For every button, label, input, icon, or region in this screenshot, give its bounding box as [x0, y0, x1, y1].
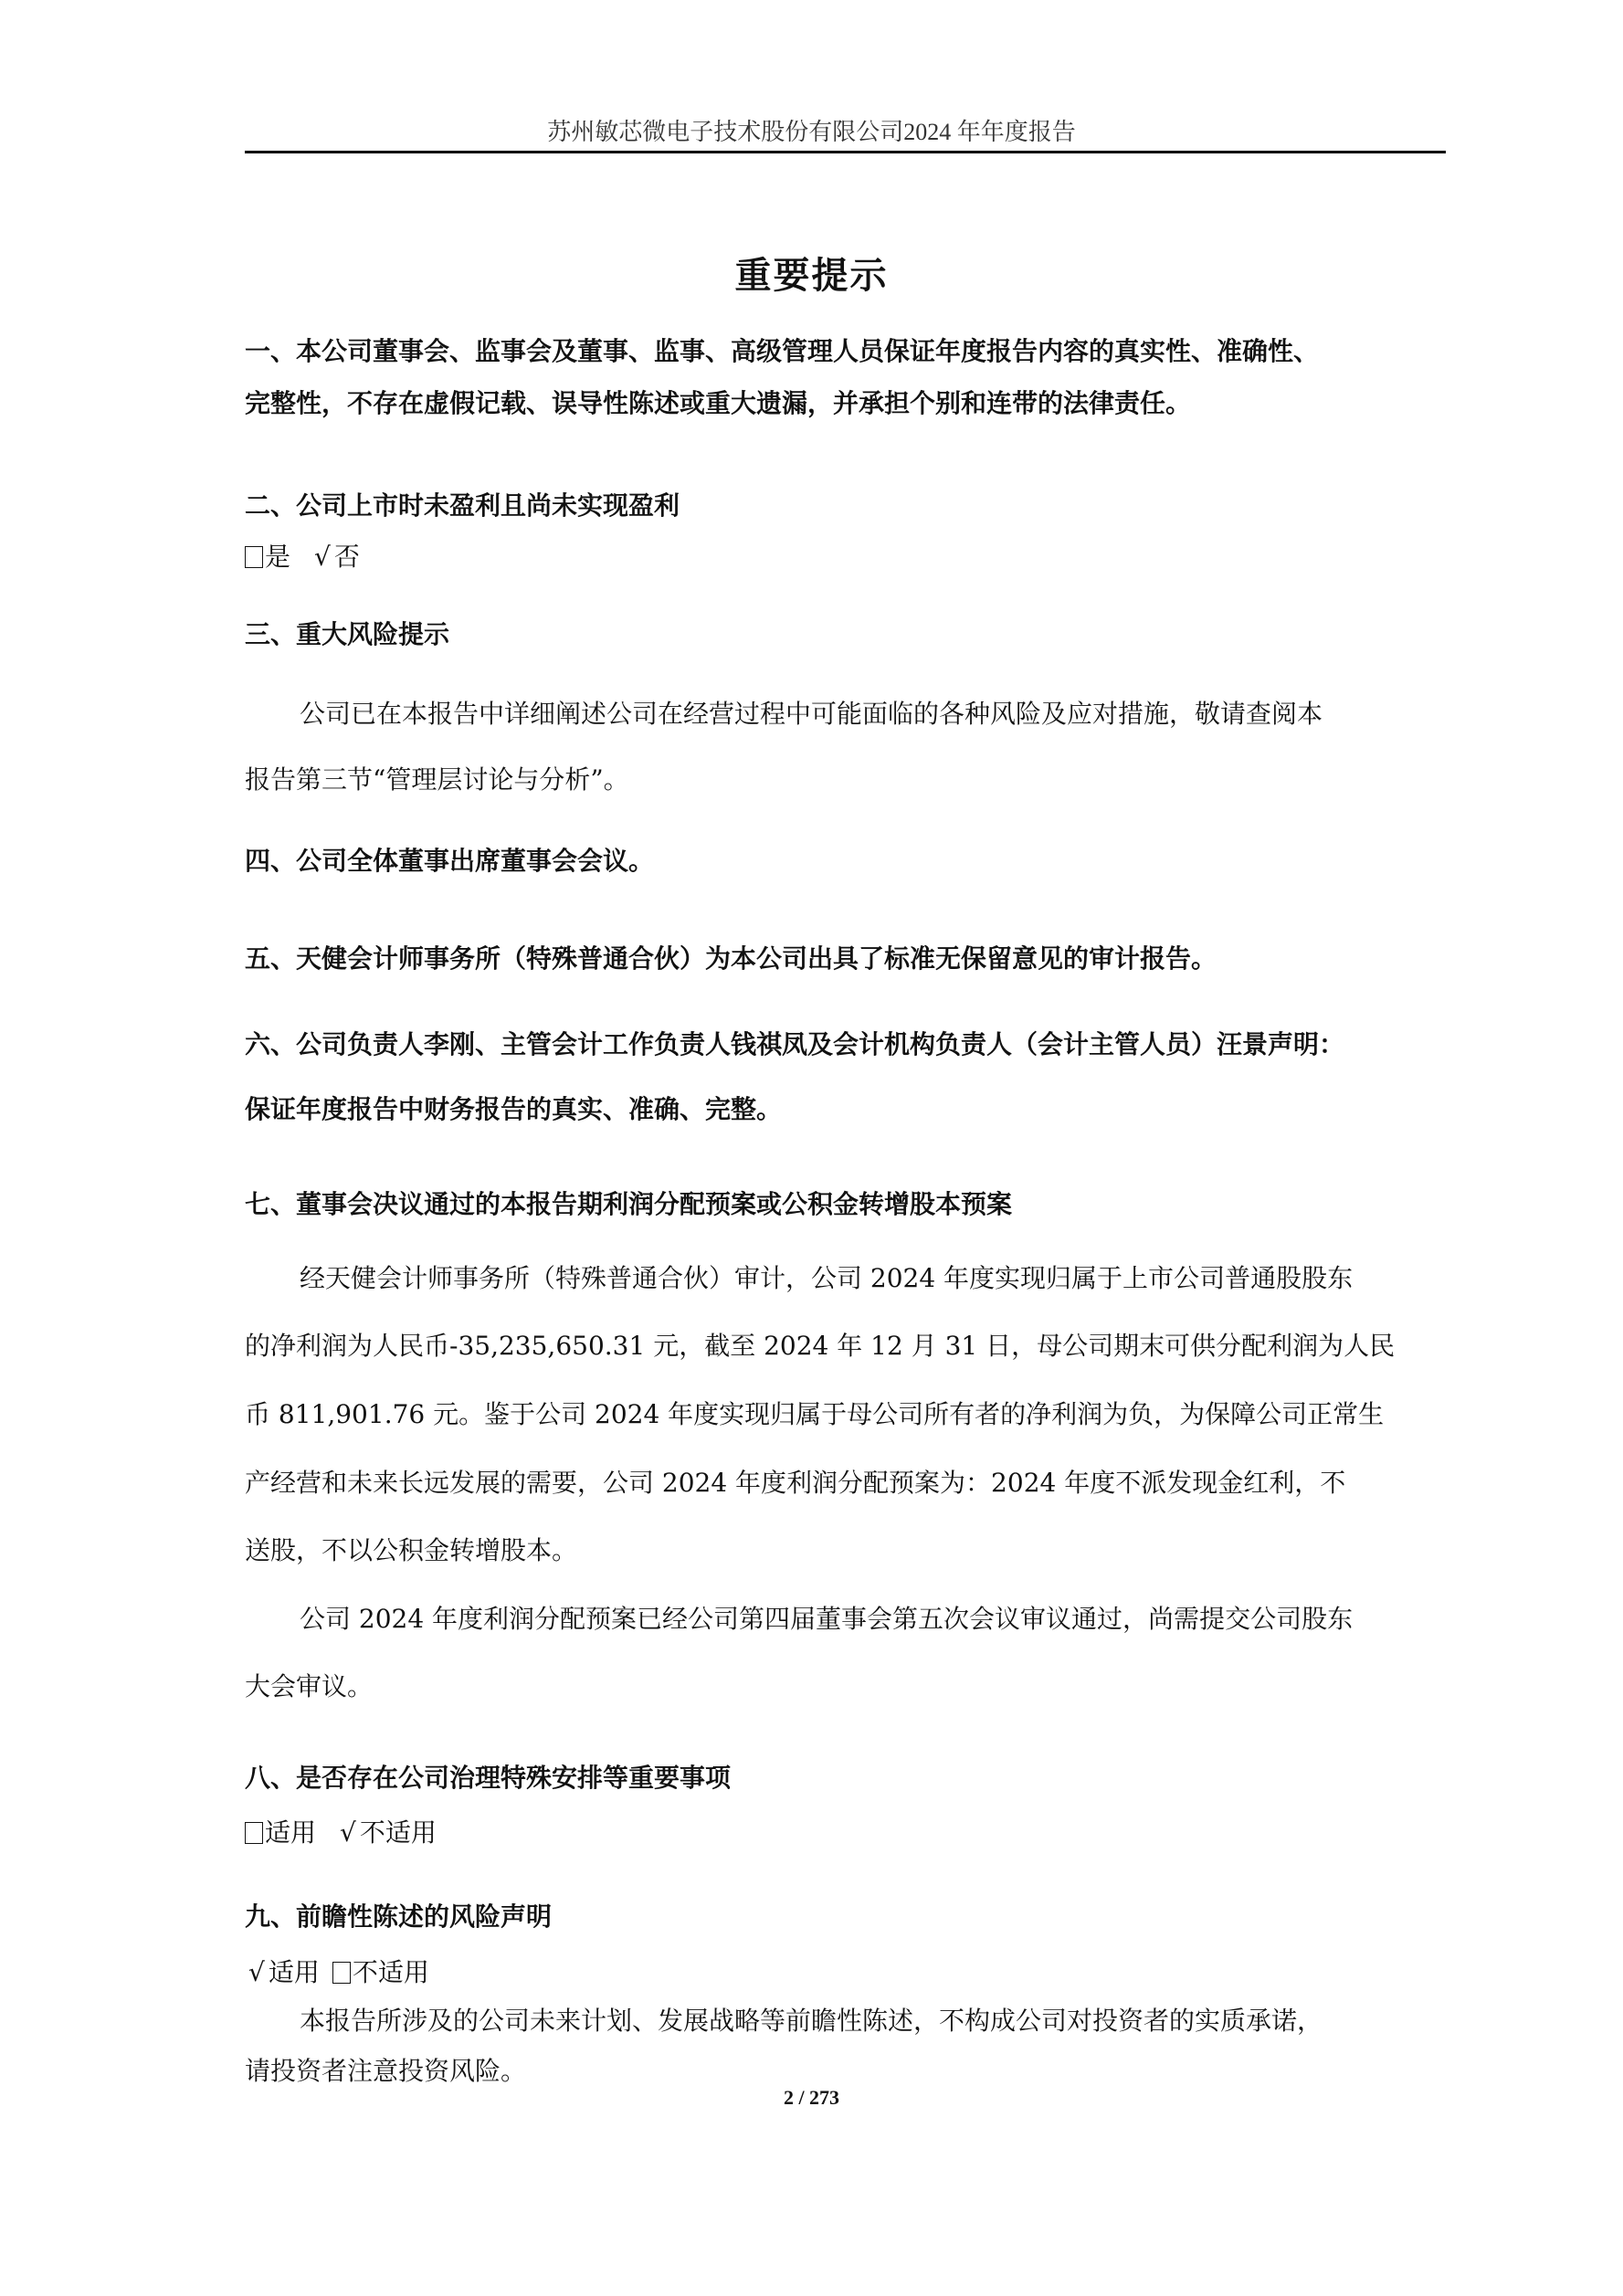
checkmark-icon: √	[340, 1817, 356, 1848]
section-5-heading: 五、天健会计师事务所（特殊普通合伙）为本公司出具了标准无保留意见的审计报告。	[245, 939, 1217, 975]
section-7-para-1-line-4: 产经营和未来长远发展的需要，公司 2024 年度利润分配预案为：2024 年度不…	[245, 1463, 1345, 1500]
option-label: 是	[265, 542, 290, 572]
section-4-heading: 四、公司全体董事出席董事会会议。	[245, 841, 654, 878]
section-7-para-2-line-2: 大会审议。	[245, 1667, 373, 1703]
section-1-line-2: 完整性，不存在虚假记载、误导性陈述或重大遗漏，并承担个别和连带的法律责任。	[245, 384, 1191, 420]
section-9-options: √适用不适用	[248, 1953, 429, 1989]
section-3-line-1: 公司已在本报告中详细阐述公司在经营过程中可能面临的各种风险及应对措施，敬请查阅本	[300, 694, 1323, 731]
option-not-applicable[interactable]: √不适用	[340, 1813, 437, 1849]
running-header: 苏州敏芯微电子技术股份有限公司2024 年年度报告	[0, 113, 1623, 147]
section-9-heading: 九、前瞻性陈述的风险声明	[245, 1897, 552, 1933]
section-8-heading: 八、是否存在公司治理特殊安排等重要事项	[245, 1758, 731, 1795]
section-3-line-2: 报告第三节“管理层讨论与分析”。	[245, 760, 629, 796]
section-3-heading: 三、重大风险提示	[245, 615, 449, 651]
option-label: 不适用	[360, 1817, 437, 1848]
option-not-applicable[interactable]: 不适用	[332, 1953, 429, 1989]
option-label: 适用	[269, 1957, 320, 1987]
section-7-para-1-line-5: 送股，不以公积金转增股本。	[245, 1531, 577, 1567]
section-1-line-1: 一、本公司董事会、监事会及董事、监事、高级管理人员保证年度报告内容的真实性、准确…	[245, 332, 1319, 368]
section-8-options: 适用√不适用	[245, 1813, 437, 1849]
header-divider	[245, 151, 1446, 153]
section-7-para-2-line-1: 公司 2024 年度利润分配预案已经公司第四届董事会第五次会议审议通过，尚需提交…	[300, 1599, 1353, 1636]
option-yes[interactable]: 是	[245, 537, 290, 574]
section-9-line-1: 本报告所涉及的公司未来计划、发展战略等前瞻性陈述，不构成公司对投资者的实质承诺，	[300, 2001, 1323, 2038]
checkmark-icon: √	[248, 1957, 265, 1987]
section-7-heading: 七、董事会决议通过的本报告期利润分配预案或公积金转增股本预案	[245, 1185, 1012, 1221]
page-number: 2 / 273	[0, 2086, 1623, 2110]
section-2-options: 是√否	[245, 537, 360, 574]
unchecked-box-icon	[245, 546, 263, 568]
section-7-para-1-line-3: 币 811,901.76 元。鉴于公司 2024 年度实现归属于母公司所有者的净…	[245, 1395, 1384, 1431]
page-title: 重要提示	[0, 247, 1623, 299]
checkmark-icon: √	[314, 542, 331, 572]
section-2-heading: 二、公司上市时未盈利且尚未实现盈利	[245, 486, 680, 522]
section-7-para-1-line-2: 的净利润为人民币-35,235,650.31 元，截至 2024 年 12 月 …	[245, 1326, 1395, 1363]
option-no[interactable]: √否	[314, 537, 360, 574]
option-label: 否	[334, 542, 360, 572]
section-6-line-1: 六、公司负责人李刚、主管会计工作负责人钱祺凤及会计机构负责人（会计主管人员）汪景…	[245, 1025, 1344, 1061]
option-label: 适用	[265, 1817, 316, 1848]
section-9-line-2: 请投资者注意投资风险。	[245, 2051, 526, 2088]
section-6-line-2: 保证年度报告中财务报告的真实、准确、完整。	[245, 1090, 782, 1126]
section-7-para-1-line-1: 经天健会计师事务所（特殊普通合伙）审计，公司 2024 年度实现归属于上市公司普…	[300, 1259, 1353, 1295]
option-applicable[interactable]: 适用	[245, 1813, 316, 1849]
option-applicable[interactable]: √适用	[248, 1953, 320, 1989]
unchecked-box-icon	[332, 1962, 351, 1984]
option-label: 不适用	[353, 1957, 429, 1987]
unchecked-box-icon	[245, 1822, 263, 1844]
